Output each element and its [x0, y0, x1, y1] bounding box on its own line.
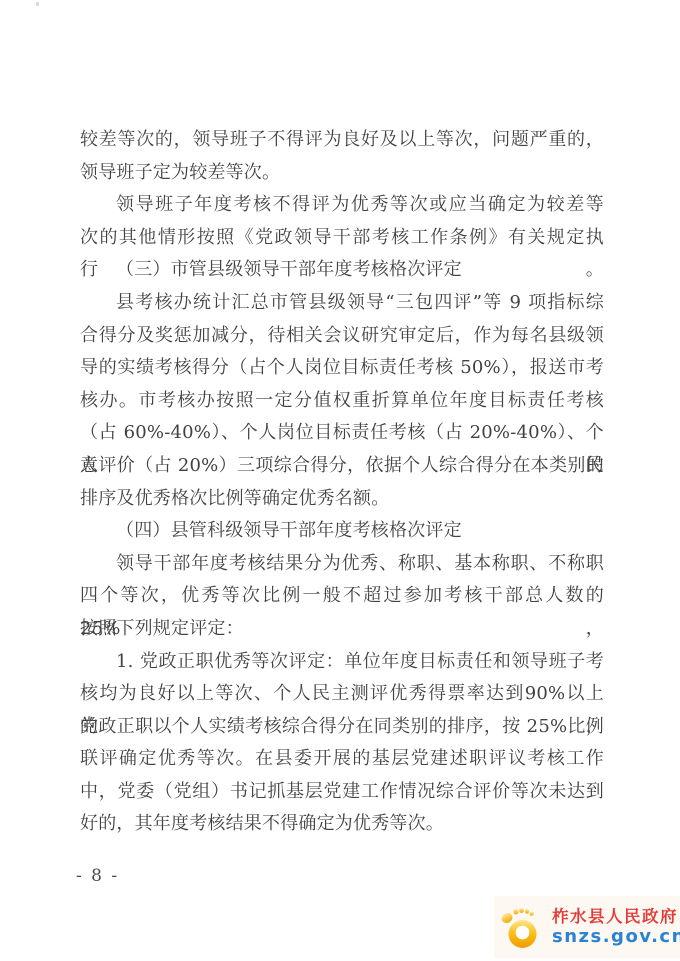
gov-site-url: snzs.gov.cn	[552, 927, 680, 948]
scan-artifact	[36, 2, 39, 6]
text-line: （占 60%-40%）、个人岗位目标责任考核（占 20%-40%）、个人民	[80, 417, 604, 450]
text-line: 联评确定优秀等次。在县委开展的基层党建述职评议考核工作	[80, 743, 604, 776]
gov-site-name: 柞水县人民政府	[552, 908, 680, 927]
text-line: 四个等次，优秀等次比例一般不超过参加考核干部总人数的 25%，	[80, 580, 604, 613]
text-line: 合得分及奖惩加减分，待相关会议研究审定后，作为每名县级领	[80, 320, 604, 353]
text-line: 县考核办统计汇总市管县级领导“三包四评”等 9 项指标综	[80, 287, 604, 320]
document-body: 较差等次的，领导班子不得评为良好及以上等次，问题严重的，领导班子定为较差等次。领…	[80, 124, 604, 841]
text-line: 领导班子年度考核不得评为优秀等次或应当确定为较差等	[80, 189, 604, 222]
text-line: 党政正职以个人实绩考核综合得分在同类别的排序，按 25%比例	[80, 711, 604, 744]
government-site-text: 柞水县人民政府 snzs.gov.cn	[552, 908, 680, 948]
text-line: 核均为良好以上等次、个人民主测评优秀得票率达到90%以上的，	[80, 678, 604, 711]
text-line: 中，党委（党组）书记抓基层党建工作情况综合评价等次未达到	[80, 776, 604, 809]
text-line: 1. 党政正职优秀等次评定：单位年度目标责任和领导班子考	[80, 646, 604, 679]
scanned-document-page: 较差等次的，领导班子不得评为良好及以上等次，问题严重的，领导班子定为较差等次。领…	[0, 0, 680, 961]
document-lines: 较差等次的，领导班子不得评为良好及以上等次，问题严重的，领导班子定为较差等次。领…	[80, 124, 604, 841]
text-line: 较差等次的，领导班子不得评为良好及以上等次，问题严重的，	[80, 124, 604, 157]
page-number: - 8 -	[76, 866, 119, 886]
text-line: 排序及优秀格次比例等确定优秀名额。	[80, 483, 604, 516]
text-line: 意评价（占 20%）三项综合得分，依据个人综合得分在本类别的	[80, 450, 604, 483]
text-line: 好的，其年度考核结果不得确定为优秀等次。	[80, 808, 604, 841]
text-line: 领导班子定为较差等次。	[80, 157, 604, 190]
text-line: 核办。市考核办按照一定分值权重折算单位年度目标责任考核	[80, 385, 604, 418]
government-site-watermark: 柞水县人民政府 snzs.gov.cn	[498, 900, 678, 956]
text-line: （四）县管科级领导干部年度考核格次评定	[80, 515, 604, 548]
text-line: 导的实绩考核得分（占个人岗位目标责任考核 50%），报送市考	[80, 352, 604, 385]
text-line: 次的其他情形按照《党政领导干部考核工作条例》有关规定执行。	[80, 222, 604, 255]
text-line: 领导干部年度考核结果分为优秀、称职、基本称职、不称职	[80, 548, 604, 581]
paw-print-icon	[498, 904, 546, 952]
